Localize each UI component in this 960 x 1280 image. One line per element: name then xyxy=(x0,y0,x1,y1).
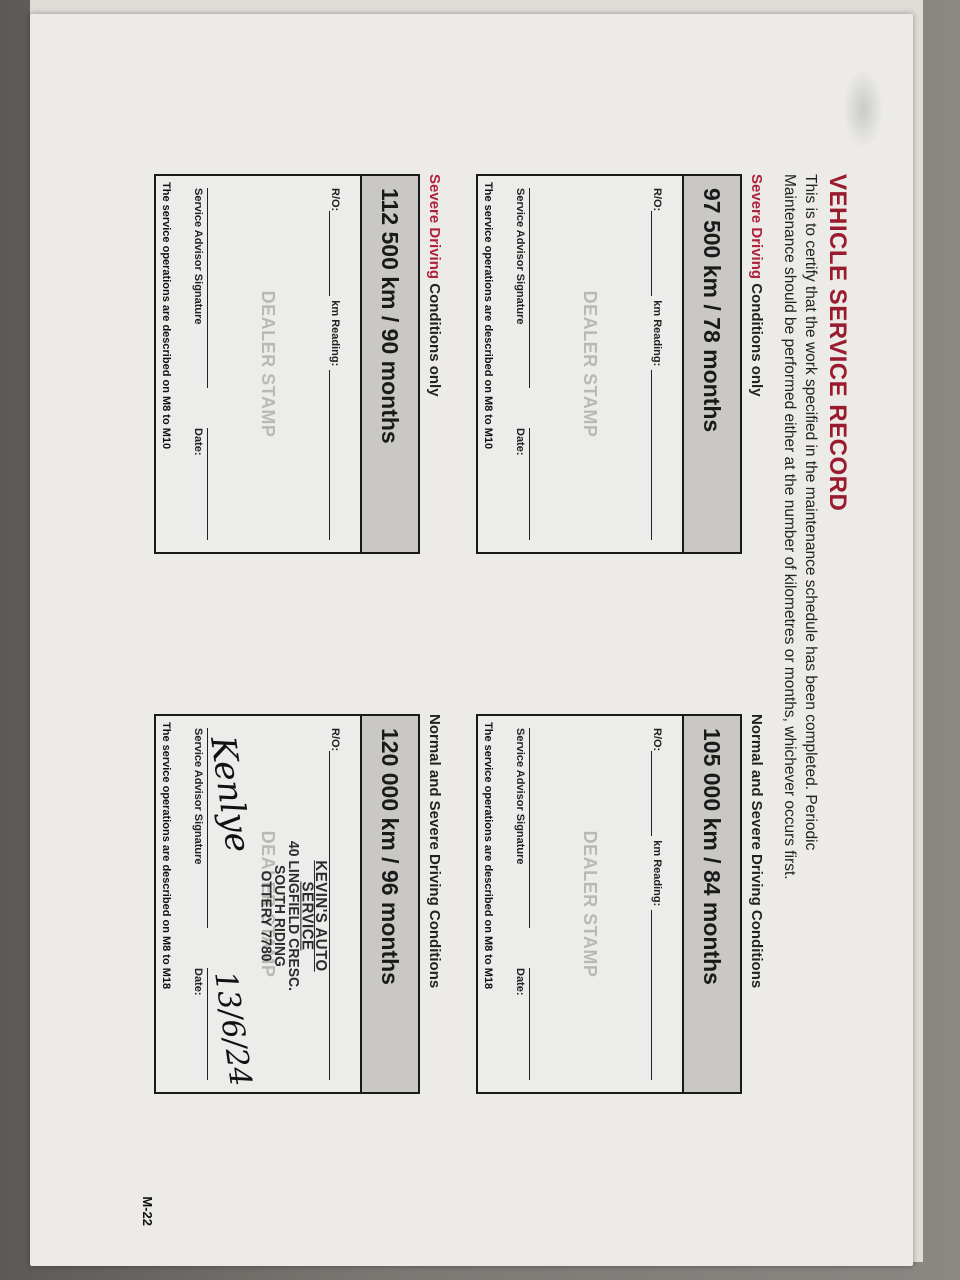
service-block-120000: Normal and Severe Driving Conditions 120… xyxy=(154,714,443,1094)
milestone-label: 112 500 km / 90 months xyxy=(360,176,418,552)
ro-label: R/O: xyxy=(329,728,341,751)
date-field[interactable] xyxy=(207,428,218,540)
footnote: The service operations are described on … xyxy=(160,182,172,449)
signature-label: Service Advisor Signature xyxy=(192,728,204,865)
service-block-105000: Normal and Severe Driving Conditions 105… xyxy=(476,714,765,1094)
block-heading: Normal and Severe Driving Conditions xyxy=(748,714,765,1094)
ro-row: R/O: xyxy=(329,728,342,1080)
milestone-label: 120 000 km / 96 months xyxy=(360,716,418,1092)
signature-label: Service Advisor Signature xyxy=(192,188,204,325)
signature-field[interactable] xyxy=(529,188,540,388)
km-reading-field[interactable] xyxy=(329,370,342,540)
dealer-rubber-stamp: KEVIN'S AUTO SERVICE 40 LINGFIELD CRESC.… xyxy=(259,826,327,1006)
service-block-112500: Severe Driving Conditions only 112 500 k… xyxy=(154,174,443,554)
service-booklet-page: VEHICLE SERVICE RECORD This is to certif… xyxy=(30,14,913,1266)
date-field[interactable] xyxy=(529,968,540,1080)
date-label: Date: xyxy=(192,428,204,456)
signature-label: Service Advisor Signature xyxy=(514,728,526,865)
ro-field[interactable] xyxy=(651,751,664,836)
page-content: VEHICLE SERVICE RECORD This is to certif… xyxy=(30,14,913,1266)
block-heading: Normal and Severe Driving Conditions xyxy=(426,714,443,1094)
ro-field[interactable] xyxy=(651,211,664,296)
km-reading-field[interactable] xyxy=(651,910,664,1080)
page-smudge xyxy=(843,69,883,149)
signature-row: Service Advisor Signature Date: xyxy=(522,728,540,1080)
ro-label: R/O: xyxy=(651,188,663,211)
signature-row: Service Advisor Signature Date: xyxy=(200,188,218,540)
footnote: The service operations are described on … xyxy=(482,182,494,449)
date-field[interactable] xyxy=(529,428,540,540)
intro-text: This is to certify that the work specifi… xyxy=(779,174,821,934)
service-box: 120 000 km / 96 months R/O: DEALER STAMP… xyxy=(154,714,420,1094)
date-label: Date: xyxy=(514,428,526,456)
block-heading: Severe Driving Conditions only xyxy=(426,174,443,554)
km-reading-field[interactable] xyxy=(651,370,664,540)
dealer-address-line3: OTTERY 7780 xyxy=(259,826,273,1006)
signature-label: Service Advisor Signature xyxy=(514,188,526,325)
ro-field[interactable] xyxy=(329,751,342,1080)
service-block-97500: Severe Driving Conditions only 97 500 km… xyxy=(476,174,765,554)
milestone-label: 97 500 km / 78 months xyxy=(682,176,740,552)
ro-label: R/O: xyxy=(329,188,341,211)
footnote: The service operations are described on … xyxy=(160,722,172,989)
service-box: 105 000 km / 84 months R/O: km Reading: … xyxy=(476,714,742,1094)
service-box: 97 500 km / 78 months R/O: km Reading: D… xyxy=(476,174,742,554)
ro-field[interactable] xyxy=(329,211,342,296)
dealer-stamp-label: DEALER STAMP xyxy=(257,176,278,552)
page-title: VEHICLE SERVICE RECORD xyxy=(823,174,851,511)
footnote: The service operations are described on … xyxy=(482,722,494,989)
service-box: 112 500 km / 90 months R/O: km Reading: … xyxy=(154,174,420,554)
milestone-label: 105 000 km / 84 months xyxy=(682,716,740,1092)
date-label: Date: xyxy=(192,968,204,996)
signature-row: Service Advisor Signature Date: xyxy=(522,188,540,540)
ro-row: R/O: km Reading: xyxy=(329,188,342,540)
dealer-stamp-label: DEALER STAMP xyxy=(579,716,600,1092)
date-label: Date: xyxy=(514,968,526,996)
dealer-name: KEVIN'S AUTO SERVICE xyxy=(300,826,327,1006)
dealer-stamp-label: DEALER STAMP xyxy=(579,176,600,552)
ro-label: R/O: xyxy=(651,728,663,751)
block-heading: Severe Driving Conditions only xyxy=(748,174,765,554)
page-number: M-22 xyxy=(140,1196,155,1226)
signature-field[interactable] xyxy=(529,728,540,928)
signature-field[interactable] xyxy=(207,188,218,388)
km-reading-label: km Reading: xyxy=(329,300,341,366)
km-reading-label: km Reading: xyxy=(651,300,663,366)
ro-row: R/O: km Reading: xyxy=(651,728,664,1080)
km-reading-label: km Reading: xyxy=(651,840,663,906)
ro-row: R/O: km Reading: xyxy=(651,188,664,540)
